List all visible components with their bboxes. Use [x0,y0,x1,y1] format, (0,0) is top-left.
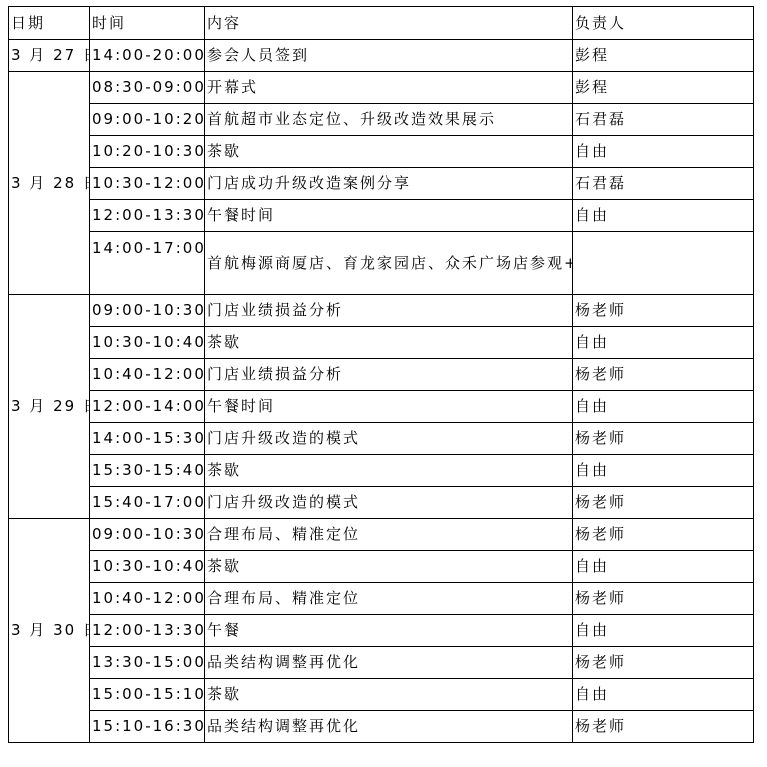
content-cell: 午餐时间 [205,200,573,232]
content-cell: 参会人员签到 [205,40,573,72]
person-cell: 杨老师 [573,487,754,519]
table-row: 15:00-15:10 茶歇 自由 [9,679,754,711]
table-row: 10:40-12:00 门店业绩损益分析 杨老师 [9,359,754,391]
person-cell: 杨老师 [573,295,754,327]
table-row: 12:00-13:30 午餐时间 自由 [9,200,754,232]
table-row: 10:30-12:00 门店成功升级改造案例分享 石君磊 [9,168,754,200]
content-cell: 合理布局、精准定位 [205,519,573,551]
time-cell: 09:00-10:20 [90,104,205,136]
content-cell: 门店升级改造的模式 [205,487,573,519]
content-cell: 门店成功升级改造案例分享 [205,168,573,200]
person-cell: 自由 [573,679,754,711]
person-cell: 杨老师 [573,519,754,551]
content-cell: 茶歇 [205,327,573,359]
time-cell: 12:00-13:30 [90,615,205,647]
time-cell: 12:00-13:30 [90,200,205,232]
table-row: 09:00-10:20 首航超市业态定位、升级改造效果展示 石君磊 [9,104,754,136]
content-cell: 合理布局、精准定位 [205,583,573,615]
content-cell: 午餐 [205,615,573,647]
person-cell: 自由 [573,327,754,359]
person-cell: 彭程 [573,72,754,104]
person-cell: 杨老师 [573,711,754,743]
table-row: 14:00-15:30 门店升级改造的模式 杨老师 [9,423,754,455]
person-cell: 自由 [573,200,754,232]
person-cell: 自由 [573,136,754,168]
time-cell: 12:00-14:00 [90,391,205,423]
table-row: 3 月 30 日 09:00-10:30 合理布局、精准定位 杨老师 [9,519,754,551]
time-cell: 08:30-09:00 [90,72,205,104]
person-cell: 石君磊 [573,168,754,200]
content-cell: 门店升级改造的模式 [205,423,573,455]
content-cell: 品类结构调整再优化 [205,711,573,743]
content-cell: 品类结构调整再优化 [205,647,573,679]
date-cell: 3 月 30 日 [9,519,90,743]
time-cell: 10:30-10:40 [90,327,205,359]
content-cell: 首航超市业态定位、升级改造效果展示 [205,104,573,136]
content-cell: 茶歇 [205,455,573,487]
table-row: 14:00-17:00 首航梅源商厦店、育龙家园店、众禾广场店参观+门店讲解 [9,232,754,295]
time-cell: 14:00-15:30 [90,423,205,455]
table-row: 15:40-17:00 门店升级改造的模式 杨老师 [9,487,754,519]
content-cell: 午餐时间 [205,391,573,423]
content-cell: 茶歇 [205,136,573,168]
table-row: 12:00-14:00 午餐时间 自由 [9,391,754,423]
person-cell: 杨老师 [573,583,754,615]
table-row: 3 月 29 日 09:00-10:30 门店业绩损益分析 杨老师 [9,295,754,327]
time-cell: 14:00-17:00 [90,232,205,295]
person-cell: 石君磊 [573,104,754,136]
table-row: 10:30-10:40 茶歇 自由 [9,551,754,583]
table-row: 15:30-15:40 茶歇 自由 [9,455,754,487]
table-row: 15:10-16:30 品类结构调整再优化 杨老师 [9,711,754,743]
date-cell: 3 月 29 日 [9,295,90,519]
header-time: 时间 [90,7,205,40]
header-content: 内容 [205,7,573,40]
person-cell: 自由 [573,455,754,487]
table-row: 10:20-10:30 茶歇 自由 [9,136,754,168]
header-date: 日期 [9,7,90,40]
content-cell: 门店业绩损益分析 [205,359,573,391]
content-cell: 茶歇 [205,551,573,583]
time-cell: 13:30-15:00 [90,647,205,679]
person-cell: 杨老师 [573,359,754,391]
time-cell: 15:00-15:10 [90,679,205,711]
table-row: 3 月 27 日 14:00-20:00 参会人员签到 彭程 [9,40,754,72]
person-cell: 杨老师 [573,647,754,679]
time-cell: 09:00-10:30 [90,295,205,327]
time-cell: 15:10-16:30 [90,711,205,743]
time-cell: 10:30-10:40 [90,551,205,583]
date-cell: 3 月 27 日 [9,40,90,72]
schedule-table: 日期 时间 内容 负责人 3 月 27 日 14:00-20:00 参会人员签到… [8,6,754,743]
person-cell: 自由 [573,615,754,647]
person-cell: 杨老师 [573,423,754,455]
time-cell: 10:40-12:00 [90,583,205,615]
table-row: 3 月 28 日 08:30-09:00 开幕式 彭程 [9,72,754,104]
time-cell: 10:20-10:30 [90,136,205,168]
person-cell [573,232,754,295]
table-row: 12:00-13:30 午餐 自由 [9,615,754,647]
time-cell: 10:40-12:00 [90,359,205,391]
header-person: 负责人 [573,7,754,40]
time-cell: 14:00-20:00 [90,40,205,72]
time-cell: 15:30-15:40 [90,455,205,487]
person-cell: 自由 [573,551,754,583]
person-cell: 自由 [573,391,754,423]
content-cell: 茶歇 [205,679,573,711]
content-cell: 门店业绩损益分析 [205,295,573,327]
time-cell: 15:40-17:00 [90,487,205,519]
person-cell: 彭程 [573,40,754,72]
time-cell: 10:30-12:00 [90,168,205,200]
content-cell: 开幕式 [205,72,573,104]
table-row: 10:30-10:40 茶歇 自由 [9,327,754,359]
date-cell: 3 月 28 日 [9,72,90,295]
table-row: 13:30-15:00 品类结构调整再优化 杨老师 [9,647,754,679]
time-cell: 09:00-10:30 [90,519,205,551]
header-row: 日期 时间 内容 负责人 [9,7,754,40]
content-cell: 首航梅源商厦店、育龙家园店、众禾广场店参观+门店讲解 [205,232,573,295]
table-row: 10:40-12:00 合理布局、精准定位 杨老师 [9,583,754,615]
